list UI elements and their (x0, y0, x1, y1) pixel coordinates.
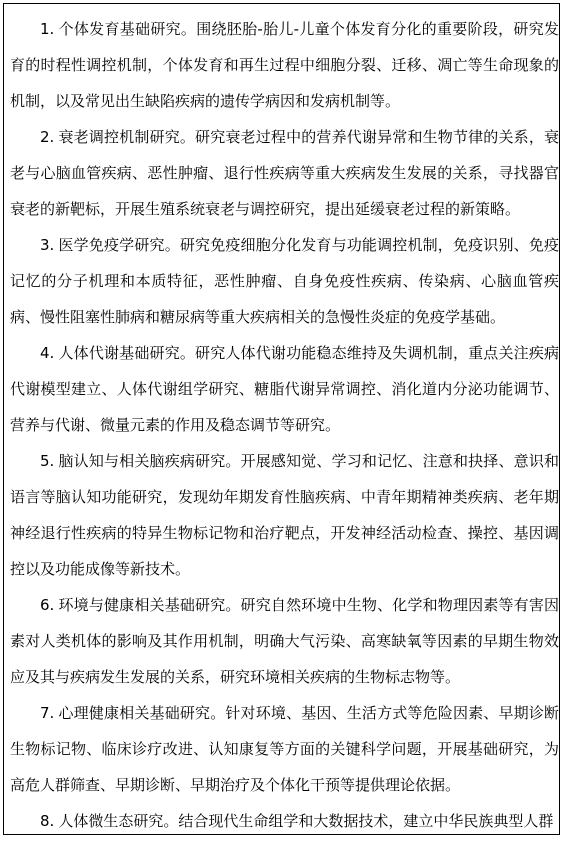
paragraph-text: 环境与健康相关基础研究。研究自然环境中生物、化学和物理因素等有害因素对人类机体的… (10, 596, 559, 686)
paragraph-text: 衰老调控机制研究。研究衰老过程中的营养代谢异常和生物节律的关系，衰老与心脑血管疾… (10, 128, 559, 218)
document-frame: 1.个体发育基础研究。围绕胚胎-胎儿-儿童个体发育分化的重要阶段，研究发育的时程… (3, 3, 560, 835)
paragraph-text: 脑认知与相关脑疾病研究。开展感知觉、学习和记忆、注意和抉择、意识和语言等脑认知功… (10, 452, 559, 578)
paragraph-number: 7. (40, 704, 54, 722)
paragraph-text: 医学免疫学研究。研究免疫细胞分化发育与功能调控机制，免疫识别、免疫记忆的分子机理… (10, 236, 559, 326)
paragraph-text: 人体代谢基础研究。研究人体代谢功能稳态维持及失调机制，重点关注疾病代谢模型建立、… (10, 344, 559, 434)
paragraph-text: 个体发育基础研究。围绕胚胎-胎儿-儿童个体发育分化的重要阶段，研究发育的时程性调… (10, 20, 559, 110)
paragraph-text: 人体微生态研究。结合现代生命组学和大数据技术，建立中华民族典型人群 (58, 812, 553, 830)
paragraph-number: 1. (40, 20, 54, 38)
paragraph-3: 3.医学免疫学研究。研究免疫细胞分化发育与功能调控机制，免疫识别、免疫记忆的分子… (10, 227, 559, 335)
paragraph-number: 8. (40, 812, 54, 830)
paragraph-2: 2.衰老调控机制研究。研究衰老过程中的营养代谢异常和生物节律的关系，衰老与心脑血… (10, 119, 559, 227)
paragraph-number: 5. (40, 452, 54, 470)
paragraph-8: 8.人体微生态研究。结合现代生命组学和大数据技术，建立中华民族典型人群 (10, 803, 559, 839)
document-body: 1.个体发育基础研究。围绕胚胎-胎儿-儿童个体发育分化的重要阶段，研究发育的时程… (10, 11, 559, 839)
paragraph-6: 6.环境与健康相关基础研究。研究自然环境中生物、化学和物理因素等有害因素对人类机… (10, 587, 559, 695)
paragraph-number: 6. (40, 596, 54, 614)
paragraph-4: 4.人体代谢基础研究。研究人体代谢功能稳态维持及失调机制，重点关注疾病代谢模型建… (10, 335, 559, 443)
paragraph-5: 5.脑认知与相关脑疾病研究。开展感知觉、学习和记忆、注意和抉择、意识和语言等脑认… (10, 443, 559, 587)
paragraph-1: 1.个体发育基础研究。围绕胚胎-胎儿-儿童个体发育分化的重要阶段，研究发育的时程… (10, 11, 559, 119)
paragraph-text: 心理健康相关基础研究。针对环境、基因、生活方式等危险因素、早期诊断生物标记物、临… (10, 704, 559, 794)
paragraph-7: 7.心理健康相关基础研究。针对环境、基因、生活方式等危险因素、早期诊断生物标记物… (10, 695, 559, 803)
paragraph-number: 3. (40, 236, 54, 254)
paragraph-number: 4. (40, 344, 54, 362)
paragraph-number: 2. (40, 128, 54, 146)
